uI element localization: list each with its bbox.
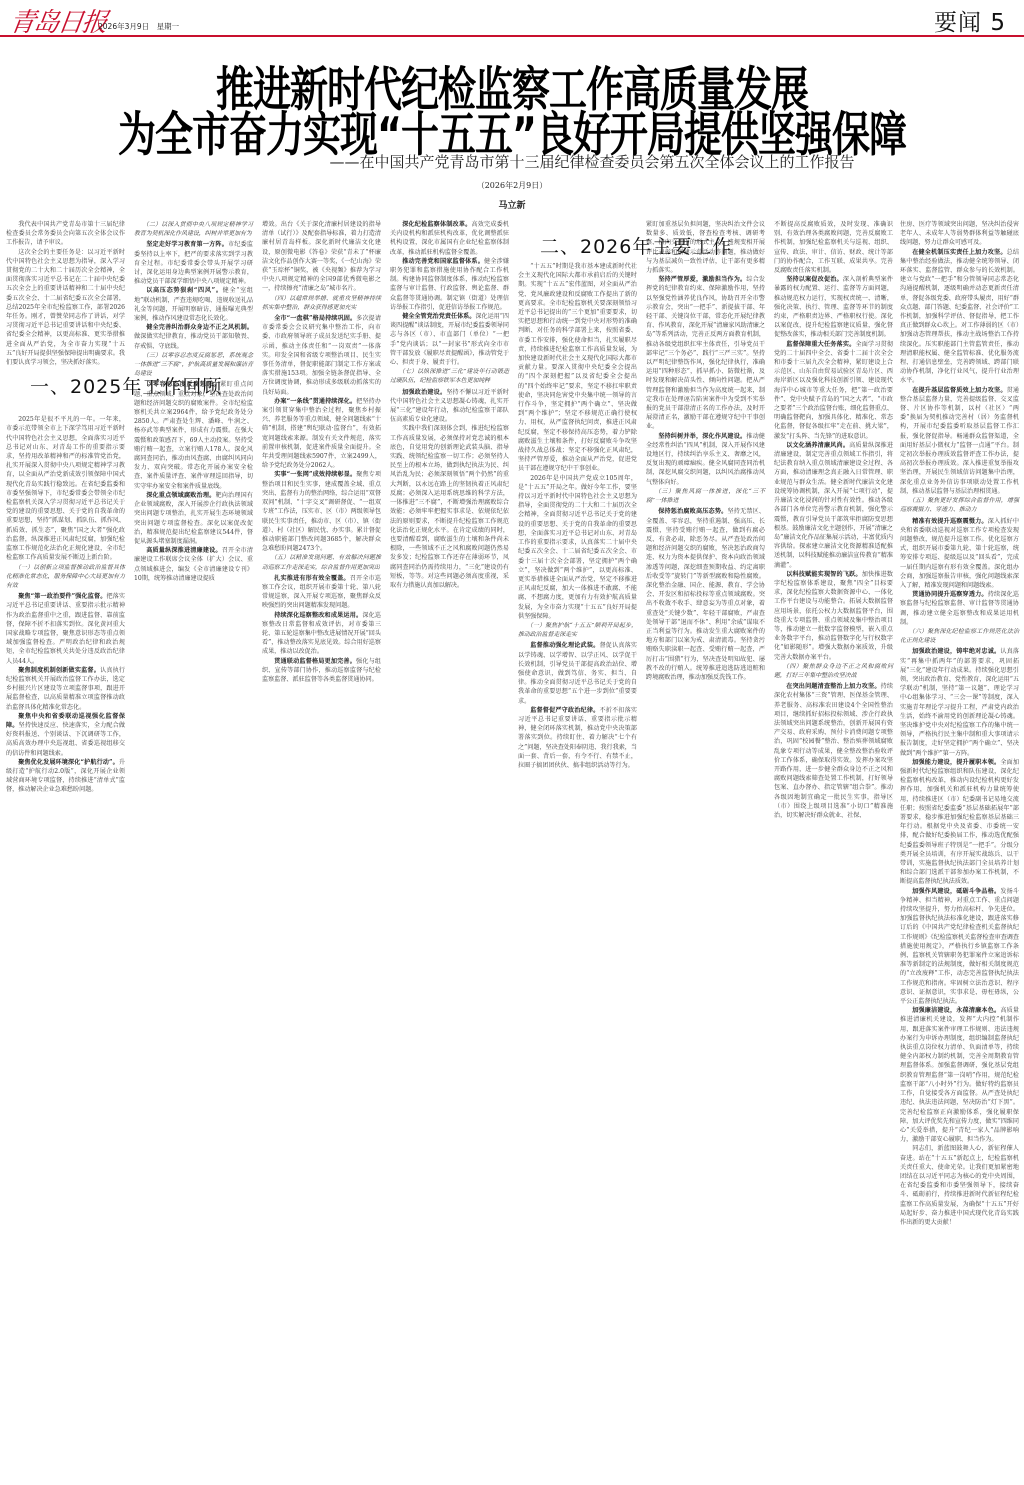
article-column-5: “十五五”时期是我市基本建成新时代社会主义现代化国际大都市承前启后的关键时期。实… <box>518 262 637 770</box>
paragraph: 紧盯加重基层负担问题，坚决纠治文件会议数量多、质效低，督查检查考核、调研考察、横… <box>646 220 765 275</box>
paragraph-body: 总结集中整治经验做法，推动健全统筹领导、闭环落实、监督监管、群众参与的长效机制。… <box>900 249 1019 385</box>
paragraph-lead: 坚持以案促改促治。 <box>786 276 843 283</box>
paragraph: 实事“一张网”成效持续彰显。聚焦专项整治项目和民生实事，建成覆盖全域、重点突出、… <box>262 470 381 553</box>
paragraph-lead: 监督推动强化理论武装。 <box>530 642 599 649</box>
paragraph-body: 高质量推进清廉机关建设，发挥“大内控”机制作用，跟进落实案件审理工作规则、违法违… <box>900 1007 1019 1143</box>
paragraph: 贯通协同提升巡察穿透力。持续深化巡察监督与纪检监察监督、审计监督等贯通协调，推动… <box>900 590 1019 627</box>
paragraph-lead: 深化纪检监察体制改革。 <box>402 221 471 228</box>
paragraph: 办案“一条线”贯通持续深化。把坚持办案引领贯穿集中整治全过程，聚焦乡村振兴、养老… <box>262 397 381 471</box>
paragraph: “十五五”时期是我市基本建成新时代社会主义现代化国际大都市承前启后的关键时期。实… <box>518 262 637 474</box>
article-column-2: （二）以深入贯彻中央八项规定精神学习教育为契机深化作风建设，纠树并举更加有为坚定… <box>134 220 253 583</box>
paragraph: 在健全机制压实责任上加力攻坚。总结集中整治经验做法，推动健全统筹领导、闭环落实、… <box>900 248 1019 386</box>
paragraph: 加强能力建设，提升履职本领。全面加强新时代纪检监察组织和队伍建设，深化纪检监察机… <box>900 758 1019 887</box>
paragraph: 健全全管党治党责任体系。深化运用“四谈四提醒”谈话制度，开展市纪委监委领导同志与… <box>390 312 509 367</box>
paragraph-body: 坚持无禁区、全覆盖、零容忍，坚持重遏制、强高压、长震慑，坚持受贿行贿一起查，做到… <box>646 508 765 681</box>
paragraph-lead: 加强作风建设，砥砺斗争品格。 <box>912 888 1000 895</box>
paragraph-lead: 扎实推进有形有效全覆盖。 <box>274 575 350 582</box>
paragraph-lead: 保持惩治腐败高压态势。 <box>658 508 727 515</box>
paragraph-lead: 以零容忍态度反腐惩恶。 <box>146 381 220 388</box>
paragraph-lead: 以文化涵养清廉风尚。 <box>786 442 849 449</box>
page-section-label: 要闻 5 <box>934 4 1006 37</box>
paragraph-lead: 办案“一条线”贯通持续深化。 <box>274 398 356 405</box>
paragraph: 同志们，新蓝图鼓舞人心，新征程催人奋进。站在“十五五”新起点上，纪检监察机关责任… <box>900 1144 1019 1227</box>
paragraph: 以科技赋能实现智的飞跃。加快推进数字纪检监察体系建设，聚焦“四全”目标要求，深化… <box>774 570 893 662</box>
paragraph-lead: 坚定走好学习教育第一方阵。 <box>146 241 228 248</box>
paragraph-body: 高质量纵深推进清廉建设，制定完善重点领域工作指引，将纪法教育纳入重点领域清廉建设… <box>774 442 893 569</box>
article-column-8: 住房、医疗等领域突出问题，坚决纠治侵害老年人、未成年人等弱势群体利益等触碰底线问… <box>900 220 1019 1227</box>
paragraph: 加强廉洁建设，永葆清廉本色。高质量推进清廉机关建设，发挥“大内控”机制作用，跟进… <box>900 1006 1019 1144</box>
paragraph-lead: 加强政治建设。 <box>402 389 446 396</box>
paragraph: 健全完善纠治群众身边不正之风机制。做深做实纪律教育，推动党员干部知敬畏、存戒惧、… <box>134 323 253 351</box>
paragraph-body: 坚持快速反应、快速落实，全力配合做好资料报送、个别谈话、下沉调研等工作，高质高效… <box>6 722 125 757</box>
paragraph-lead: 全市“一盘棋”格局持续巩固。 <box>274 315 356 322</box>
paragraph: 以零容忍态度反腐惩恶。紧盯重点问题、重点领域、重点对象，坚决查处政治问题和经济问… <box>134 380 253 490</box>
paragraph-body: 推动健全经常性纠治“四风”机制，深入开展作风建设地区行，持续纠治享乐主义、奢靡之… <box>646 433 765 486</box>
paragraph: 这次全会的主要任务是：以习近平新时代中国特色社会主义思想为指导，深入学习贯彻党的… <box>6 248 125 368</box>
subheadline: ——在中国共产党青岛市第十三届纪律检查委员会第五次全体会议上的工作报告 <box>0 151 1024 172</box>
subsection-heading: （三）聚焦风腐一体推进，深化“三不腐”一体推进 <box>646 488 765 506</box>
author-byline: 马立新 <box>0 198 1024 211</box>
paragraph-lead: 聚焦优化发展环境深化“护航行动”。 <box>18 759 119 766</box>
paragraph: 加强作风建设，砥砺斗争品格。发扬斗争精神、担当精神，对重点工作、重点问题持续攻坚… <box>900 887 1019 1007</box>
paragraph-body: 把坚持办案引领贯穿集中整治全过程，聚焦乡村振兴、养老服务等重点领域，健全问题线索… <box>262 398 381 469</box>
subsection-heading: （一）聚焦护航“十五五”顺利开局起步，推动政治监督走深走实 <box>518 622 637 640</box>
paragraph: 以文化涵养清廉风尚。高质量纵深推进清廉建设，制定完善重点领域工作指引，将纪法教育… <box>774 441 893 570</box>
paragraph-lead: 精准有效提升巡察震慑力。 <box>912 518 988 525</box>
masthead: 青岛日报 2026年3月9日 星期一 要闻 5 <box>0 0 1024 36</box>
subsection-heading: （一）以创新立项监督推动政治监督具体化精准化常态化，服务保障中心大局更加有力有效 <box>6 564 125 592</box>
paragraph-body: 紧盯重点问题、重点领域、重点对象，坚决查处政治问题和经济问题交织的腐败案件。全市… <box>134 381 253 489</box>
paragraph-body: 深入抓好中央和省委联动巡视对巡察工作专项检查发现问题整改，规范提升巡察工作。优化… <box>900 518 1019 589</box>
paragraph-lead: 坚持纠树并举，深化作风建设。 <box>658 433 746 440</box>
article-column-7: 不断提高反腐败质效，及时发现、准确识别、有效治理各类腐败问题，完善反腐败工作机制… <box>774 220 893 820</box>
paragraph-lead: 在提升基层监督质效上加力攻坚。 <box>912 387 1006 394</box>
paragraph: 聚焦中央和省委联动巡视强化监督保障。坚持快速反应、快速落实，全力配合做好资料报送… <box>6 712 125 758</box>
paragraph-lead: 加强能力建设，提升履职本领。 <box>912 759 1000 766</box>
subsection-heading: （七）以纵深推进“三化”建设年行动锻造过硬队伍，纪检监察铁军本色更加纯粹 <box>390 368 509 386</box>
subsection-heading: （四）聚焦群众身边不正之风和腐败问题，打好三年集中整治攻坚决战 <box>774 663 893 681</box>
paragraph: 推动完善党和国家监督体系。健全涉嫌职务犯罪和监察措施使用协作配合工作机制。构建协… <box>390 257 509 312</box>
paragraph: 我代表中国共产党青岛市第十三届纪律检查委员会常务委员会向第五次全体会议作工作报告… <box>6 220 125 248</box>
paragraph-lead: 坚持严管厚爱，激励担当作为。 <box>658 276 746 283</box>
paragraph: 聚焦“第一政治要件”强化监督。把落实习近平总书记重要讲话、重要指示批示精神作为政… <box>6 592 125 666</box>
paragraph-lead: 健全全管党治党责任体系。 <box>402 313 475 320</box>
newspaper-logo: 青岛日报 <box>7 2 108 39</box>
paragraph: 以高压态势狠刹“四风”。健全“室组地”联动机制，严查违规吃喝、违规收送礼品礼金等… <box>134 286 253 323</box>
paragraph-lead: 加强廉洁建设，永葆清廉本色。 <box>912 1007 1000 1014</box>
subsection-heading: （五）以精准发现问题、有效解决问题推动巡察工作走深走实，综合监督作用更加突出 <box>262 554 381 572</box>
subsection-heading: （三）以零容忍态度反腐惩恶，系统观念一体推进“三不腐”，护航高质量发展和廉洁青岛… <box>134 352 253 380</box>
paragraph: 监督保障重大任务落实。全面学习贯彻党的二十届四中全会、省委十二届十次全会和市委十… <box>774 340 893 441</box>
issue-date: 2026年3月9日 星期一 <box>98 21 179 32</box>
paragraph-body: 健全涉嫌职务犯罪和监察措施使用协作配合工作机制。构建协同监督制度体系，推动纪检监… <box>390 258 509 311</box>
paragraph-lead: 在健全机制压实责任上加力攻坚。 <box>912 249 1006 256</box>
paragraph-body: 全面学习贯彻党的二十届四中全会、省委十二届十次全会和市委十三届九次全会精神，紧盯… <box>774 341 893 440</box>
paragraph: 加强政治建设，铸牢绝对忠诚。认真落实“再集中抓两年”的部署要求，巩固拓展“三化”… <box>900 647 1019 757</box>
paragraph-body: 靶向治理国有企业领域腐败，深入开展涉企行政执法领域突出问题专项整治，扎实开展生态… <box>134 492 253 545</box>
paragraph-lead: 加强政治建设，铸牢绝对忠诚。 <box>912 648 1000 655</box>
paragraph: 贯通联动监督格局更加完善。强化与组织、宣传等部门协作，推动巡察监督与纪检监察监督… <box>262 657 381 685</box>
paragraph: 扎实推进有形有效全覆盖。召开全市巡察工作会议，组织开展市委第十轮、第八轮常规巡察… <box>262 574 381 611</box>
paragraph-body: 深化运用“四谈四提醒”谈话制度，开展市纪委监委领导同志与各区（市）、市直部门（单… <box>390 313 509 366</box>
paragraph: 聚焦制度机制创新做实监督。认真执行纪检监察机关开展政治监督工作办法，选定乡村振兴… <box>6 666 125 712</box>
paragraph-body: 做深做实纪律教育，推动党员干部知敬畏、存戒惧、守底线。 <box>134 333 253 349</box>
paragraph-lead: 聚焦制度机制创新做实监督。 <box>18 667 100 674</box>
paragraph: 精准有效提升巡察震慑力。深入抓好中央和省委联动巡视对巡察工作专项检查发现问题整改… <box>900 517 1019 591</box>
paragraph-lead: 贯通联动监督格局更加完善。 <box>274 658 356 665</box>
subsection-heading: （六）聚焦深化纪检监察工作规范化法治化正规化建设 <box>900 628 1019 646</box>
paragraph-lead: 聚焦“第一政治要件”强化监督。 <box>18 593 106 600</box>
paragraph: 高质量纵深推进清廉建设。召开全市清廉建设工作联席会议全体（扩大）会议、重点领域推… <box>134 546 253 583</box>
masthead-rule <box>0 35 1024 37</box>
paragraph: 深化重点领域腐败治理。靶向治理国有企业领域腐败，深入开展涉企行政执法领域突出问题… <box>134 491 253 546</box>
report-date: （2026年2月9日） <box>0 180 1024 191</box>
paragraph-lead: 健全完善纠治群众身边不正之风机制。 <box>146 324 253 331</box>
article-column-3: 增效。出台《关于深化清廉村居建设的指导清单（试行）》及配套指导标准，着力打造清廉… <box>262 220 381 684</box>
paragraph-lead: 以高压态势狠刹“四风”。 <box>146 287 222 294</box>
paragraph <box>6 367 125 415</box>
paragraph-body: 全面加强新时代纪检监察组织和队伍建设，深化纪检监察机构改革，推动内设纪检机构更好… <box>900 759 1019 886</box>
article-column-4: 深化纪检监察体制改革。高效完成委机关内设机构和派驻机构改革，优化调整派驻机构设置… <box>390 220 509 590</box>
paragraph: 实践中我们深刻体会到，推进纪检监察工作高质量发展，必须保持对党忠诚的根本底色，自… <box>390 424 509 590</box>
paragraph: 监督督促严守政治纪律。不折不扣落实习近平总书记重要讲话、重要指示批示精神，健全闭… <box>518 706 637 770</box>
paragraph-lead: 在突出问题清查整治上加力攻坚。 <box>786 683 880 690</box>
paragraph-lead: 持续深化巡察整改和成果运用。 <box>274 612 362 619</box>
paragraph-body: 认真落实“再集中抓两年”的部署要求，巩固拓展“三化”建设年行动成果。持续强化思想… <box>900 648 1019 756</box>
paragraph-lead: 贯通协同提升巡察穿透力。 <box>912 591 988 598</box>
paragraph: 在提升基层监督质效上加力攻坚。贯通整合基层监督力量，完善提级监督、交叉监督、片区… <box>900 386 1019 496</box>
paragraph: 坚持以案促改促治。深入剖析典型案件暴露的权力配置、运行、监督等方面问题，推动规范… <box>774 275 893 339</box>
subsection-heading: （四）以超常规举措、就重攻坚精神持续抓实集中整治，群众获得感更加充实 <box>262 295 381 313</box>
article-column-1: 我代表中国共产党青岛市第十三届纪律检查委员会常务委员会向第五次全体会议作工作报告… <box>6 220 125 795</box>
paragraph-body: 持续深化农村集体“三资”管理、医保基金管理、养老服务、高标准农田建设4个全国性整… <box>774 683 893 819</box>
subsection-heading: （二）以深入贯彻中央八项规定精神学习教育为契机深化作风建设，纠树并举更加有为 <box>134 221 253 239</box>
paragraph-body: 聚焦专项整治项目和民生实事，建成覆盖全域、重点突出、监督有力的整治网络，综合运用… <box>262 471 381 552</box>
paragraph-body: 发扬斗争精神、担当精神，对重点工作、重点问题持续攻坚提升，努力抬高标杆、争先进位… <box>900 888 1019 1005</box>
paragraph-body: 把落实习近平总书记重要讲话、重要指示批示精神作为政治监督重中之重，跟进监督、靠前… <box>6 593 125 664</box>
paragraph-lead: 监督督促严守政治纪律。 <box>530 707 599 714</box>
paragraph: 监督推动强化理论武装。督促认真落实以学铸魂、以学增智、以学正风、以学促干长效机制… <box>518 641 637 705</box>
paragraph: 持续深化巡察整改和成果运用。深化巡察整改日常监督和成效评估，对市委第三轮、第五轮… <box>262 611 381 657</box>
paragraph: 聚焦优化发展环境深化“护航行动”。升级打造“护航行动2.0版”，深化开展企业领域… <box>6 758 125 795</box>
paragraph: 不断提高反腐败质效，及时发现、准确识别、有效治理各类腐败问题，完善反腐败工作机制… <box>774 220 893 275</box>
paragraph-lead: 深化重点领域腐败治理。 <box>146 492 215 499</box>
paragraph-lead: 以科技赋能实现智的飞跃。 <box>786 571 862 578</box>
paragraph-lead: 推动完善党和国家监督体系。 <box>402 258 484 265</box>
paragraph: 增效。出台《关于深化清廉村居建设的指导清单（试行）》及配套指导标准，着力打造清廉… <box>262 220 381 294</box>
paragraph-body: 综合发挥党的纪律教育约束、保障激励作用，坚持以坚强党性涵养优良作风，协助召开全市… <box>646 276 765 430</box>
paragraph: 坚持严管厚爱，激励担当作为。综合发挥党的纪律教育约束、保障激励作用，坚持以坚强党… <box>646 275 765 431</box>
article-column-6: 紧盯加重基层负担问题，坚决纠治文件会议数量多、质效低，督查检查考核、调研考察、横… <box>646 220 765 682</box>
paragraph: 坚持纠树并举，深化作风建设。推动健全经常性纠治“四风”机制，深入开展作风建设地区… <box>646 432 765 487</box>
paragraph-body: 加快推进数字纪检监察体系建设，聚焦“四全”目标要求，深化纪检监察大数据资源中心、… <box>774 571 893 661</box>
paragraph: 坚定走好学习教育第一方阵。市纪委监委坚持以上率下，把严的要求落实到学习教育全过程… <box>134 240 253 286</box>
paragraph-body: 督促认真落实以学铸魂、以学增智、以学正风、以学促干长效机制，引导党员干部提高政治… <box>518 642 637 704</box>
paragraph-lead: 实事“一张网”成效持续彰显。 <box>274 471 356 478</box>
paragraph: 2026年是中国共产党成立105周年，是“十五五”开局之年。做好今年工作，要坚持… <box>518 474 637 621</box>
paragraph: 住房、医疗等领域突出问题，坚决纠治侵害老年人、未成年人等弱势群体利益等触碰底线问… <box>900 220 1019 248</box>
paragraph-body: 贯通整合基层监督力量，完善提级监督、交叉监督、片区协作等机制，以村（社区）“两委… <box>900 387 1019 495</box>
paragraph: 全市“一盘棋”格局持续巩固。多次提请市委常委会会议研究集中整治工作，向市委、市政… <box>262 314 381 397</box>
paragraph-body: 不折不扣落实习近平总书记重要讲话、重要指示批示精神，健全闭环落实机制，推动党中央… <box>518 707 637 769</box>
paragraph: 加强政治建设。坚持不懈以习近平新时代中国特色社会主义思想凝心铸魂，扎实开展“三化… <box>390 388 509 425</box>
paragraph: 在突出问题清查整治上加力攻坚。持续深化农村集体“三资”管理、医保基金管理、养老服… <box>774 682 893 820</box>
paragraph: 深化纪检监察体制改革。高效完成委机关内设机构和派驻机构改革，优化调整派驻机构设置… <box>390 220 509 257</box>
paragraph-lead: 监督保障重大任务落实。 <box>786 341 855 348</box>
paragraph: 保持惩治腐败高压态势。坚持无禁区、全覆盖、零容忍，坚持重遏制、强高压、长震慑，坚… <box>646 507 765 682</box>
subsection-heading: （五）聚焦更好发挥综合监督作用，增强巡察震慑力、穿透力、推动力 <box>900 497 1019 515</box>
paragraph: 2025年是很不平凡的一年。一年来，市委示范带领全市上下深学笃用习近平新时代中国… <box>6 415 125 562</box>
paragraph-body: 深入剖析典型案件暴露的权力配置、运行、监督等方面问题，推动规范权力运行，实现权责… <box>774 276 893 338</box>
paragraph-lead: 高质量纵深推进清廉建设。 <box>146 547 222 554</box>
paragraph-body: 多次提请市委常委会会议研究集中整治工作，向市委、市政府领导班子成员发送纪实手册、… <box>262 315 381 396</box>
